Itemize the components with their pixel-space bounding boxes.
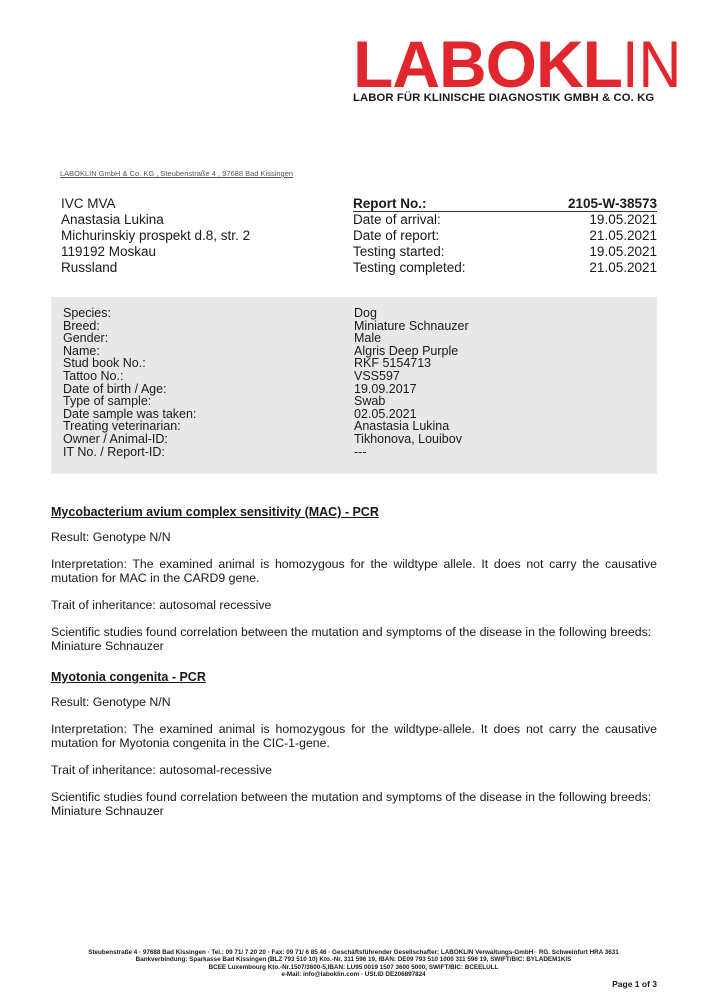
test-studies: Scientific studies found correlation bet… [51, 790, 657, 804]
recipient-line: Anastasia Lukina [61, 212, 250, 228]
test-title: Myotonia congenita - PCR [51, 670, 657, 684]
meta-label: Date of arrival: [353, 212, 441, 228]
patient-label: Tattoo No.: [63, 370, 196, 383]
patient-value: Tikhonova, Louibov [354, 433, 469, 446]
meta-value: 19.05.2021 [589, 212, 657, 228]
patient-labels: Species: Breed: Gender: Name: Stud book … [63, 307, 196, 458]
test-section-myotonia: Myotonia congenita - PCR Result: Genotyp… [51, 670, 657, 831]
meta-value: 21.05.2021 [589, 228, 657, 244]
test-studies: Scientific studies found correlation bet… [51, 625, 657, 639]
test-inheritance: Trait of inheritance: autosomal-recessiv… [51, 763, 657, 777]
patient-value: Dog [354, 307, 469, 320]
sender-address-line: LABOKLIN GmbH & Co. KG , Steubenstraße 4… [60, 169, 293, 178]
patient-info-box: Species: Breed: Gender: Name: Stud book … [51, 297, 657, 474]
report-number-row: Report No.: 2105-W-38573 [353, 196, 657, 212]
patient-label: Owner / Animal-ID: [63, 433, 196, 446]
patient-label: Species: [63, 307, 196, 320]
recipient-line: Michurinskiy prospekt d.8, str. 2 [61, 228, 250, 244]
meta-label: Testing started: [353, 244, 445, 260]
recipient-address: IVC MVA Anastasia Lukina Michurinskiy pr… [61, 196, 250, 276]
logo-subtitle: LABOR FÜR KLINISCHE DIAGNOSTIK GMBH & CO… [353, 92, 663, 104]
patient-label: IT No. / Report-ID: [63, 446, 196, 459]
footer-line: Steubenstraße 4 · 97688 Bad Kissingen · … [0, 949, 707, 956]
report-number-label: Report No.: [353, 196, 427, 211]
report-meta: Report No.: 2105-W-38573 Date of arrival… [353, 196, 657, 276]
patient-values: Dog Miniature Schnauzer Male Algris Deep… [354, 307, 469, 458]
meta-label: Date of report: [353, 228, 439, 244]
recipient-line: 119192 Moskau [61, 244, 250, 260]
test-result: Result: Genotype N/N [51, 695, 657, 709]
footer-line: e-Mail: info@laboklin.com · USt.ID DE206… [0, 971, 707, 978]
patient-value: Swab [354, 395, 469, 408]
test-interpretation: Interpretation: The examined animal is h… [51, 557, 657, 585]
patient-label: Gender: [63, 332, 196, 345]
meta-label: Testing completed: [353, 260, 466, 276]
meta-row-arrival: Date of arrival: 19.05.2021 [353, 212, 657, 228]
laboklin-logo: LABOKLIN LABOR FÜR KLINISCHE DIAGNOSTIK … [353, 38, 663, 104]
test-breeds: Miniature Schnauzer [51, 804, 657, 818]
report-number-value: 2105-W-38573 [568, 196, 657, 211]
test-interpretation: Interpretation: The examined animal is h… [51, 722, 657, 750]
meta-row-testing-completed: Testing completed: 21.05.2021 [353, 260, 657, 276]
test-title: Mycobacterium avium complex sensitivity … [51, 505, 657, 519]
patient-label: Type of sample: [63, 395, 196, 408]
test-breeds: Miniature Schnauzer [51, 639, 657, 653]
meta-value: 21.05.2021 [589, 260, 657, 276]
meta-row-report-date: Date of report: 21.05.2021 [353, 228, 657, 244]
patient-value: --- [354, 446, 469, 459]
footer-line: BCEE Luxembourg Kto.-Nr.1507/3600-5,IBAN… [0, 964, 707, 971]
test-result: Result: Genotype N/N [51, 530, 657, 544]
recipient-line: IVC MVA [61, 196, 250, 212]
recipient-line: Russland [61, 260, 250, 276]
logo-main-text: LABOKL [353, 38, 622, 90]
meta-value: 19.05.2021 [589, 244, 657, 260]
patient-value: VSS597 [354, 370, 469, 383]
meta-row-testing-started: Testing started: 19.05.2021 [353, 244, 657, 260]
logo-wordmark: LABOKLIN [353, 38, 663, 90]
page-number: Page 1 of 3 [612, 979, 657, 989]
test-section-mac: Mycobacterium avium complex sensitivity … [51, 505, 657, 666]
logo-thin-text: IN [622, 38, 681, 90]
page-footer: Steubenstraße 4 · 97688 Bad Kissingen · … [0, 949, 707, 979]
test-inheritance: Trait of inheritance: autosomal recessiv… [51, 598, 657, 612]
patient-value: Male [354, 332, 469, 345]
footer-line: Bankverbindung: Sparkasse Bad Kissingen … [0, 956, 707, 963]
